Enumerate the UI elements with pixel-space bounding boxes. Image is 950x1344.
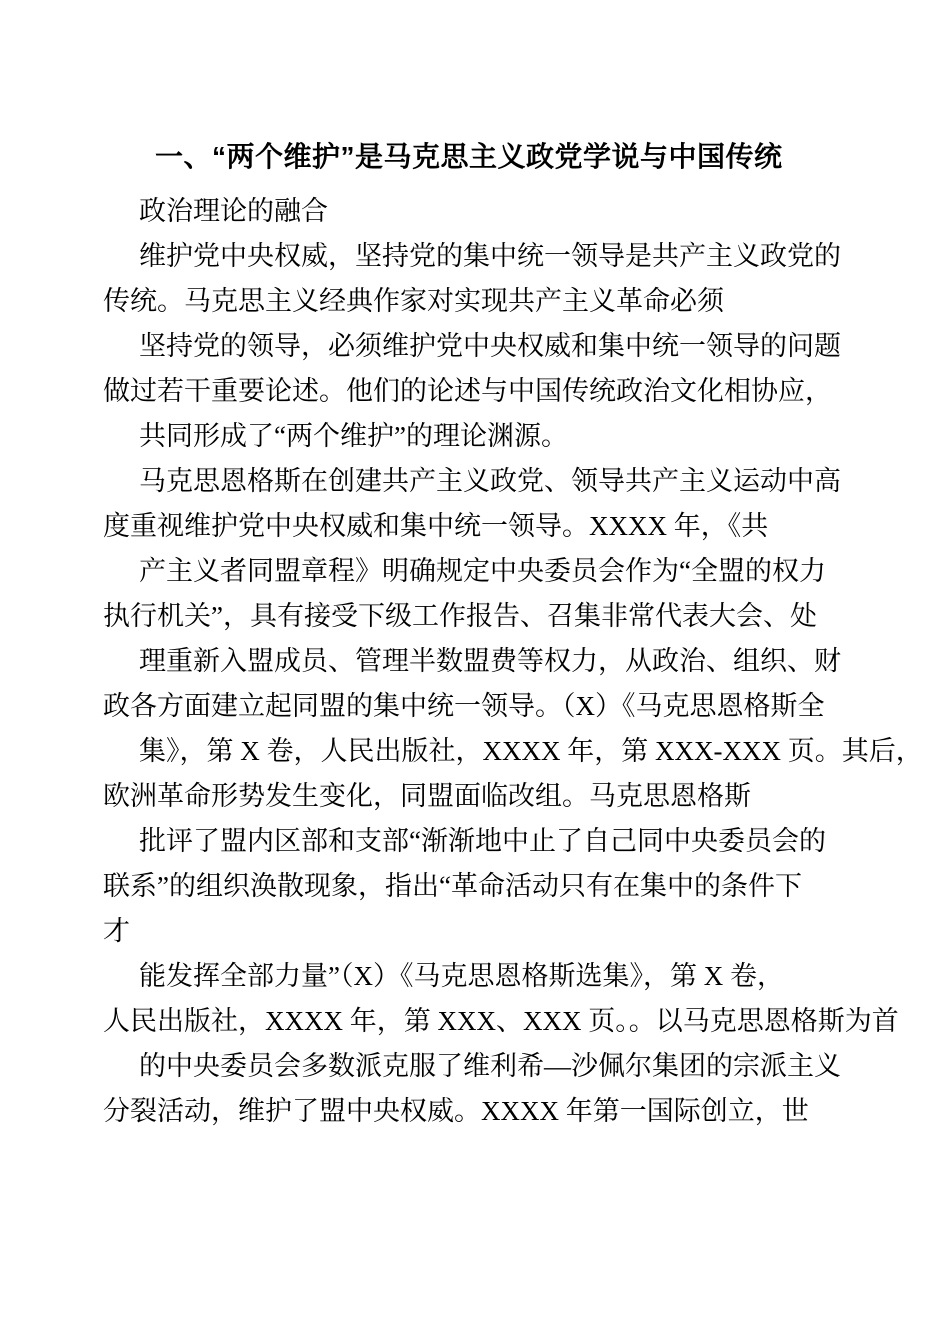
text-line: 集》，第 X 卷，人民出版社，XXXX 年，第 XXX-XXX 页。其后，	[103, 729, 850, 774]
text-line: 批评了盟内区部和支部“渐渐地中止了自己同中央委员会的	[103, 819, 850, 864]
text-line: 政各方面建立起同盟的集中统一领导。（X）《马克思恩格斯全	[103, 684, 850, 729]
text-line: 的中央委员会多数派克服了维利希—沙佩尔集团的宗派主义	[103, 1044, 850, 1089]
text-line: 人民出版社，XXXX 年，第 XXX、XXX 页。。以马克思恩格斯为首	[103, 999, 850, 1044]
document-body: 政治理论的融合维护党中央权威，坚持党的集中统一领导是共产主义政党的传统。马克思主…	[103, 189, 850, 1134]
text-line: 产主义者同盟章程》明确规定中央委员会作为“全盟的权力	[103, 549, 850, 594]
text-line: 欧洲革命形势发生变化，同盟面临改组。马克思恩格斯	[103, 774, 850, 819]
section-heading: 一、“两个维护”是马克思主义政党学说与中国传统	[103, 136, 850, 178]
document-page: 一、“两个维护”是马克思主义政党学说与中国传统 政治理论的融合维护党中央权威，坚…	[0, 0, 950, 1344]
text-line: 马克思恩格斯在创建共产主义政党、领导共产主义运动中高	[103, 459, 850, 504]
document-content: 一、“两个维护”是马克思主义政党学说与中国传统 政治理论的融合维护党中央权威，坚…	[0, 0, 950, 1134]
text-line: 做过若干重要论述。他们的论述与中国传统政治文化相协应，	[103, 369, 850, 414]
text-line: 才	[103, 909, 850, 954]
text-line: 理重新入盟成员、管理半数盟费等权力，从政治、组织、财	[103, 639, 850, 684]
text-line: 政治理论的融合	[103, 189, 850, 234]
text-line: 共同形成了“两个维护”的理论渊源。	[103, 414, 850, 459]
text-line: 能发挥全部力量”（X）《马克思恩格斯选集》，第 X 卷，	[103, 954, 850, 999]
text-line: 执行机关”，具有接受下级工作报告、召集非常代表大会、处	[103, 594, 850, 639]
text-line: 联系”的组织涣散现象，指出“革命活动只有在集中的条件下	[103, 864, 850, 909]
text-line: 坚持党的领导，必须维护党中央权威和集中统一领导的问题	[103, 324, 850, 369]
text-line: 分裂活动，维护了盟中央权威。XXXX 年第一国际创立，世	[103, 1089, 850, 1134]
text-line: 度重视维护党中央权威和集中统一领导。XXXX 年，《共	[103, 504, 850, 549]
text-line: 维护党中央权威，坚持党的集中统一领导是共产主义政党的	[103, 234, 850, 279]
text-line: 传统。马克思主义经典作家对实现共产主义革命必须	[103, 279, 850, 324]
